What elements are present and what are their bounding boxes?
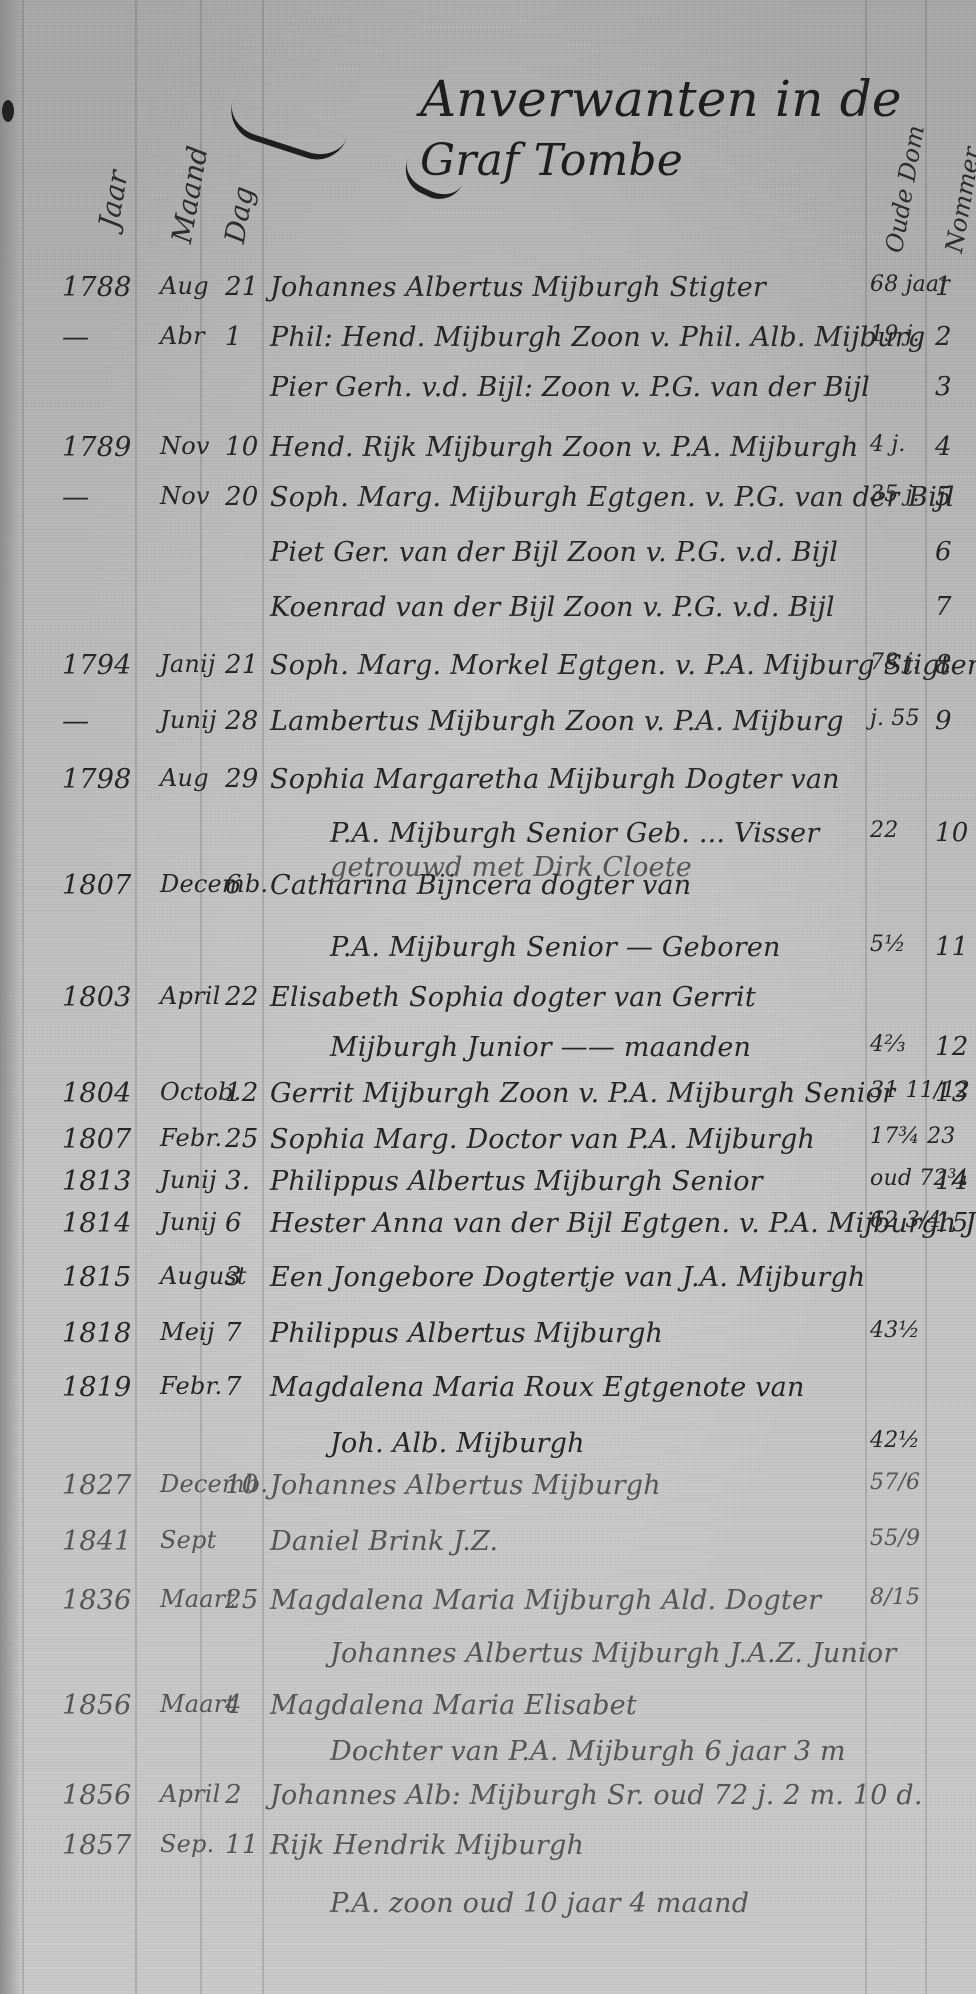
- ledger-row: 1807Decemb.6Catharina Bijncera dogter va…: [0, 870, 976, 910]
- day-cell: 25: [225, 1124, 258, 1154]
- ledger-row: 1807Febr.25Sophia Marg. Doctor van P.A. …: [0, 1124, 976, 1164]
- column-header-year: Jaar: [92, 168, 135, 231]
- number-cell: 12: [935, 1032, 968, 1062]
- entry-cell: Magdalena Maria Roux Egtgenote van: [270, 1372, 805, 1403]
- age-cell: j. 55: [870, 706, 920, 731]
- age-cell: 78 j.: [870, 650, 920, 675]
- ledger-row: 1813Junij3.Philippus Albertus Mijburgh S…: [0, 1166, 976, 1206]
- entry-cell: Phil: Hend. Mijburgh Zoon v. Phil. Alb. …: [270, 322, 925, 353]
- ledger-row: Pier Gerh. v.d. Bijl: Zoon v. P.G. van d…: [0, 372, 976, 412]
- day-cell: 25: [225, 1585, 258, 1615]
- ink-blot: [2, 100, 14, 122]
- entry-cell: Daniel Brink J.Z.: [270, 1526, 498, 1557]
- ledger-row: —Nov20Soph. Marg. Mijburgh Egtgen. v. P.…: [0, 482, 976, 522]
- month-cell: Decemb.: [160, 870, 268, 898]
- ledger-page: Anverwanten in de Graf Tombe Jaar Maand …: [0, 0, 976, 1994]
- ledger-row: Mijburgh Junior —— maanden4⅔12: [0, 1032, 976, 1072]
- entry-cell: Een Jongebore Dogtertje van J.A. Mijburg…: [270, 1262, 866, 1293]
- year-cell: 1856: [62, 1690, 132, 1721]
- year-cell: 1841: [62, 1526, 132, 1557]
- year-cell: 1788: [62, 272, 132, 303]
- year-cell: 1857: [62, 1830, 132, 1861]
- entry-cell: Pier Gerh. v.d. Bijl: Zoon v. P.G. van d…: [270, 372, 870, 403]
- age-cell: 43½: [870, 1318, 920, 1343]
- ledger-row: Joh. Alb. Mijburgh42½: [0, 1428, 976, 1468]
- year-cell: 1804: [62, 1078, 132, 1109]
- number-cell: 10: [935, 818, 968, 848]
- month-cell: Junij: [160, 706, 217, 734]
- day-cell: 2: [225, 1780, 242, 1810]
- day-cell: 20: [225, 482, 258, 512]
- month-cell: Sept: [160, 1526, 216, 1554]
- ledger-row: 1841SeptDaniel Brink J.Z.55/9: [0, 1526, 976, 1566]
- ledger-row: Piet Ger. van der Bijl Zoon v. P.G. v.d.…: [0, 537, 976, 577]
- page-title-line2: Graf Tombe: [420, 135, 683, 186]
- entry-cell: Catharina Bijncera dogter van: [270, 870, 691, 901]
- ledger-row: 1856April2Johannes Alb: Mijburgh Sr. oud…: [0, 1780, 976, 1820]
- ledger-row: 1856Maart4Magdalena Maria Elisabet: [0, 1690, 976, 1730]
- year-cell: 1856: [62, 1780, 132, 1811]
- year-cell: 1818: [62, 1318, 132, 1349]
- day-cell: 22: [225, 982, 258, 1012]
- month-cell: April: [160, 982, 221, 1010]
- age-cell: 35 j.: [870, 482, 920, 507]
- day-cell: 7: [225, 1318, 242, 1348]
- year-cell: 1794: [62, 650, 132, 681]
- entry-cell: Piet Ger. van der Bijl Zoon v. P.G. v.d.…: [270, 537, 838, 568]
- entry-cell: P.A. zoon oud 10 jaar 4 maand: [330, 1888, 749, 1919]
- day-cell: 21: [225, 650, 258, 680]
- month-cell: Nov: [160, 432, 210, 460]
- year-cell: 1798: [62, 764, 132, 795]
- ledger-row: 1818Meij7Philippus Albertus Mijburgh43½: [0, 1318, 976, 1358]
- age-cell: 4 j.: [870, 432, 906, 457]
- entry-cell: Sophia Margaretha Mijburgh Dogter van: [270, 764, 840, 795]
- number-cell: 5: [935, 482, 952, 512]
- entry-cell: Mijburgh Junior —— maanden: [330, 1032, 751, 1063]
- day-cell: 10: [225, 1470, 258, 1500]
- age-cell: 55/9: [870, 1526, 920, 1551]
- age-cell: 42½: [870, 1428, 920, 1453]
- year-cell: 1814: [62, 1208, 132, 1239]
- column-header-age: Oude Dom: [880, 123, 930, 255]
- entry-cell: Johannes Alb: Mijburgh Sr. oud 72 j. 2 m…: [270, 1780, 923, 1811]
- entry-cell: Rijk Hendrik Mijburgh: [270, 1830, 584, 1861]
- day-cell: 11: [225, 1830, 258, 1860]
- ledger-row: 1819Febr.7Magdalena Maria Roux Egtgenote…: [0, 1372, 976, 1412]
- entry-cell: Dochter van P.A. Mijburgh 6 jaar 3 m: [330, 1736, 846, 1767]
- year-cell: 1819: [62, 1372, 132, 1403]
- entry-cell: Sophia Marg. Doctor van P.A. Mijburgh: [270, 1124, 815, 1155]
- day-cell: 1: [225, 322, 242, 352]
- number-cell: 14: [935, 1166, 968, 1196]
- month-cell: Febr.: [160, 1124, 222, 1152]
- ledger-row: 1827Decemb.10Johannes Albertus Mijburgh5…: [0, 1470, 976, 1510]
- ledger-row: Dochter van P.A. Mijburgh 6 jaar 3 m: [0, 1736, 976, 1776]
- day-cell: 3.: [225, 1166, 250, 1196]
- number-cell: 15: [935, 1208, 968, 1238]
- ledger-row: 1815August3Een Jongebore Dogtertje van J…: [0, 1262, 976, 1302]
- number-cell: 8: [935, 650, 952, 680]
- year-cell: 1836: [62, 1585, 132, 1616]
- column-header-number: Nommer: [940, 145, 976, 255]
- year-cell: —: [62, 706, 89, 737]
- entry-cell: Johannes Albertus Mijburgh J.A.Z. Junior: [330, 1638, 896, 1669]
- month-cell: Abr: [160, 322, 205, 350]
- entry-cell: Philippus Albertus Mijburgh Senior: [270, 1166, 763, 1197]
- month-cell: Janij: [160, 650, 216, 678]
- age-cell: 5½: [870, 932, 906, 957]
- year-cell: 1807: [62, 1124, 132, 1155]
- ledger-row: 1803April22Elisabeth Sophia dogter van G…: [0, 982, 976, 1022]
- month-cell: Aug: [160, 272, 209, 300]
- year-cell: 1789: [62, 432, 132, 463]
- ledger-row: —Abr1Phil: Hend. Mijburgh Zoon v. Phil. …: [0, 322, 976, 362]
- day-cell: 7: [225, 1372, 242, 1402]
- year-cell: 1803: [62, 982, 132, 1013]
- entry-cell: Philippus Albertus Mijburgh: [270, 1318, 663, 1349]
- number-cell: 13: [935, 1078, 968, 1108]
- column-header-day: Dag: [218, 184, 260, 246]
- year-cell: 1815: [62, 1262, 132, 1293]
- number-cell: 2: [935, 322, 952, 352]
- age-cell: 57/6: [870, 1470, 920, 1495]
- month-cell: Aug: [160, 764, 209, 792]
- entry-cell: Elisabeth Sophia dogter van Gerrit: [270, 982, 756, 1013]
- year-cell: 1813: [62, 1166, 132, 1197]
- entry-cell: Joh. Alb. Mijburgh: [330, 1428, 585, 1459]
- ledger-row: P.A. Mijburgh Senior — Geboren5½11: [0, 932, 976, 972]
- day-cell: 29: [225, 764, 258, 794]
- day-cell: 12: [225, 1078, 258, 1108]
- entry-cell: Lambertus Mijburgh Zoon v. P.A. Mijburg: [270, 706, 844, 737]
- ledger-row: 1798Aug29Sophia Margaretha Mijburgh Dogt…: [0, 764, 976, 804]
- year-cell: —: [62, 482, 89, 513]
- day-cell: 6: [225, 1208, 242, 1238]
- entry-cell: Johannes Albertus Mijburgh: [270, 1470, 661, 1501]
- number-cell: 11: [935, 932, 968, 962]
- age-cell: 22: [870, 818, 898, 843]
- number-cell: 7: [935, 592, 952, 622]
- entry-cell: Johannes Albertus Mijburgh Stigter: [270, 272, 766, 303]
- day-cell: 28: [225, 706, 258, 736]
- number-cell: 1: [935, 272, 952, 302]
- month-cell: Junij: [160, 1166, 217, 1194]
- entry-cell: Soph. Marg. Mijburgh Egtgen. v. P.G. van…: [270, 482, 954, 513]
- ledger-row: 1836Maart25Magdalena Maria Mijburgh Ald.…: [0, 1585, 976, 1625]
- ledger-row: 1794Janij21Soph. Marg. Morkel Egtgen. v.…: [0, 650, 976, 690]
- day-cell: 3: [225, 1262, 242, 1292]
- ledger-row: 1788Aug21Johannes Albertus Mijburgh Stig…: [0, 272, 976, 312]
- month-cell: Sep.: [160, 1830, 214, 1858]
- column-header-month: Maand: [165, 143, 215, 245]
- year-cell: —: [62, 322, 89, 353]
- number-cell: 4: [935, 432, 952, 462]
- month-cell: Meij: [160, 1318, 215, 1346]
- entry-cell: Magdalena Maria Mijburgh Ald. Dogter: [270, 1585, 821, 1616]
- number-cell: 9: [935, 706, 952, 736]
- age-cell: 17¾ 23: [870, 1124, 956, 1149]
- page-title-line1: Anverwanten in de: [420, 70, 902, 128]
- number-cell: 6: [935, 537, 952, 567]
- age-cell: 4⅔: [870, 1032, 906, 1057]
- ledger-row: 1814Junij6Hester Anna van der Bijl Egtge…: [0, 1208, 976, 1248]
- day-cell: 10: [225, 432, 258, 462]
- entry-cell: Hend. Rijk Mijburgh Zoon v. P.A. Mijburg…: [270, 432, 859, 463]
- ledger-row: Koenrad van der Bijl Zoon v. P.G. v.d. B…: [0, 592, 976, 632]
- month-cell: Nov: [160, 482, 210, 510]
- entry-cell: P.A. Mijburgh Senior — Geboren: [330, 932, 781, 963]
- title-flourish: [223, 100, 347, 168]
- entry-cell: Gerrit Mijburgh Zoon v. P.A. Mijburgh Se…: [270, 1078, 895, 1109]
- month-cell: Junij: [160, 1208, 217, 1236]
- ledger-row: 1789Nov10Hend. Rijk Mijburgh Zoon v. P.A…: [0, 432, 976, 472]
- entry-cell: P.A. Mijburgh Senior Geb. ... Visser: [330, 818, 819, 849]
- ledger-row: Johannes Albertus Mijburgh J.A.Z. Junior: [0, 1638, 976, 1678]
- day-cell: 6: [225, 870, 242, 900]
- ledger-row: P.A. zoon oud 10 jaar 4 maand: [0, 1888, 976, 1928]
- age-cell: 62 3/4: [870, 1208, 942, 1233]
- age-cell: 19 j.: [870, 322, 920, 347]
- entry-cell: Magdalena Maria Elisabet: [270, 1690, 637, 1721]
- ledger-row: —Junij28Lambertus Mijburgh Zoon v. P.A. …: [0, 706, 976, 746]
- day-cell: 4: [225, 1690, 242, 1720]
- month-cell: April: [160, 1780, 221, 1808]
- month-cell: Febr.: [160, 1372, 222, 1400]
- ledger-row: 1857Sep.11Rijk Hendrik Mijburgh: [0, 1830, 976, 1870]
- age-cell: 8/15: [870, 1585, 920, 1610]
- number-cell: 3: [935, 372, 952, 402]
- year-cell: 1807: [62, 870, 132, 901]
- entry-cell: Koenrad van der Bijl Zoon v. P.G. v.d. B…: [270, 592, 835, 623]
- year-cell: 1827: [62, 1470, 132, 1501]
- ledger-row: 1804Octob.12Gerrit Mijburgh Zoon v. P.A.…: [0, 1078, 976, 1118]
- day-cell: 21: [225, 272, 258, 302]
